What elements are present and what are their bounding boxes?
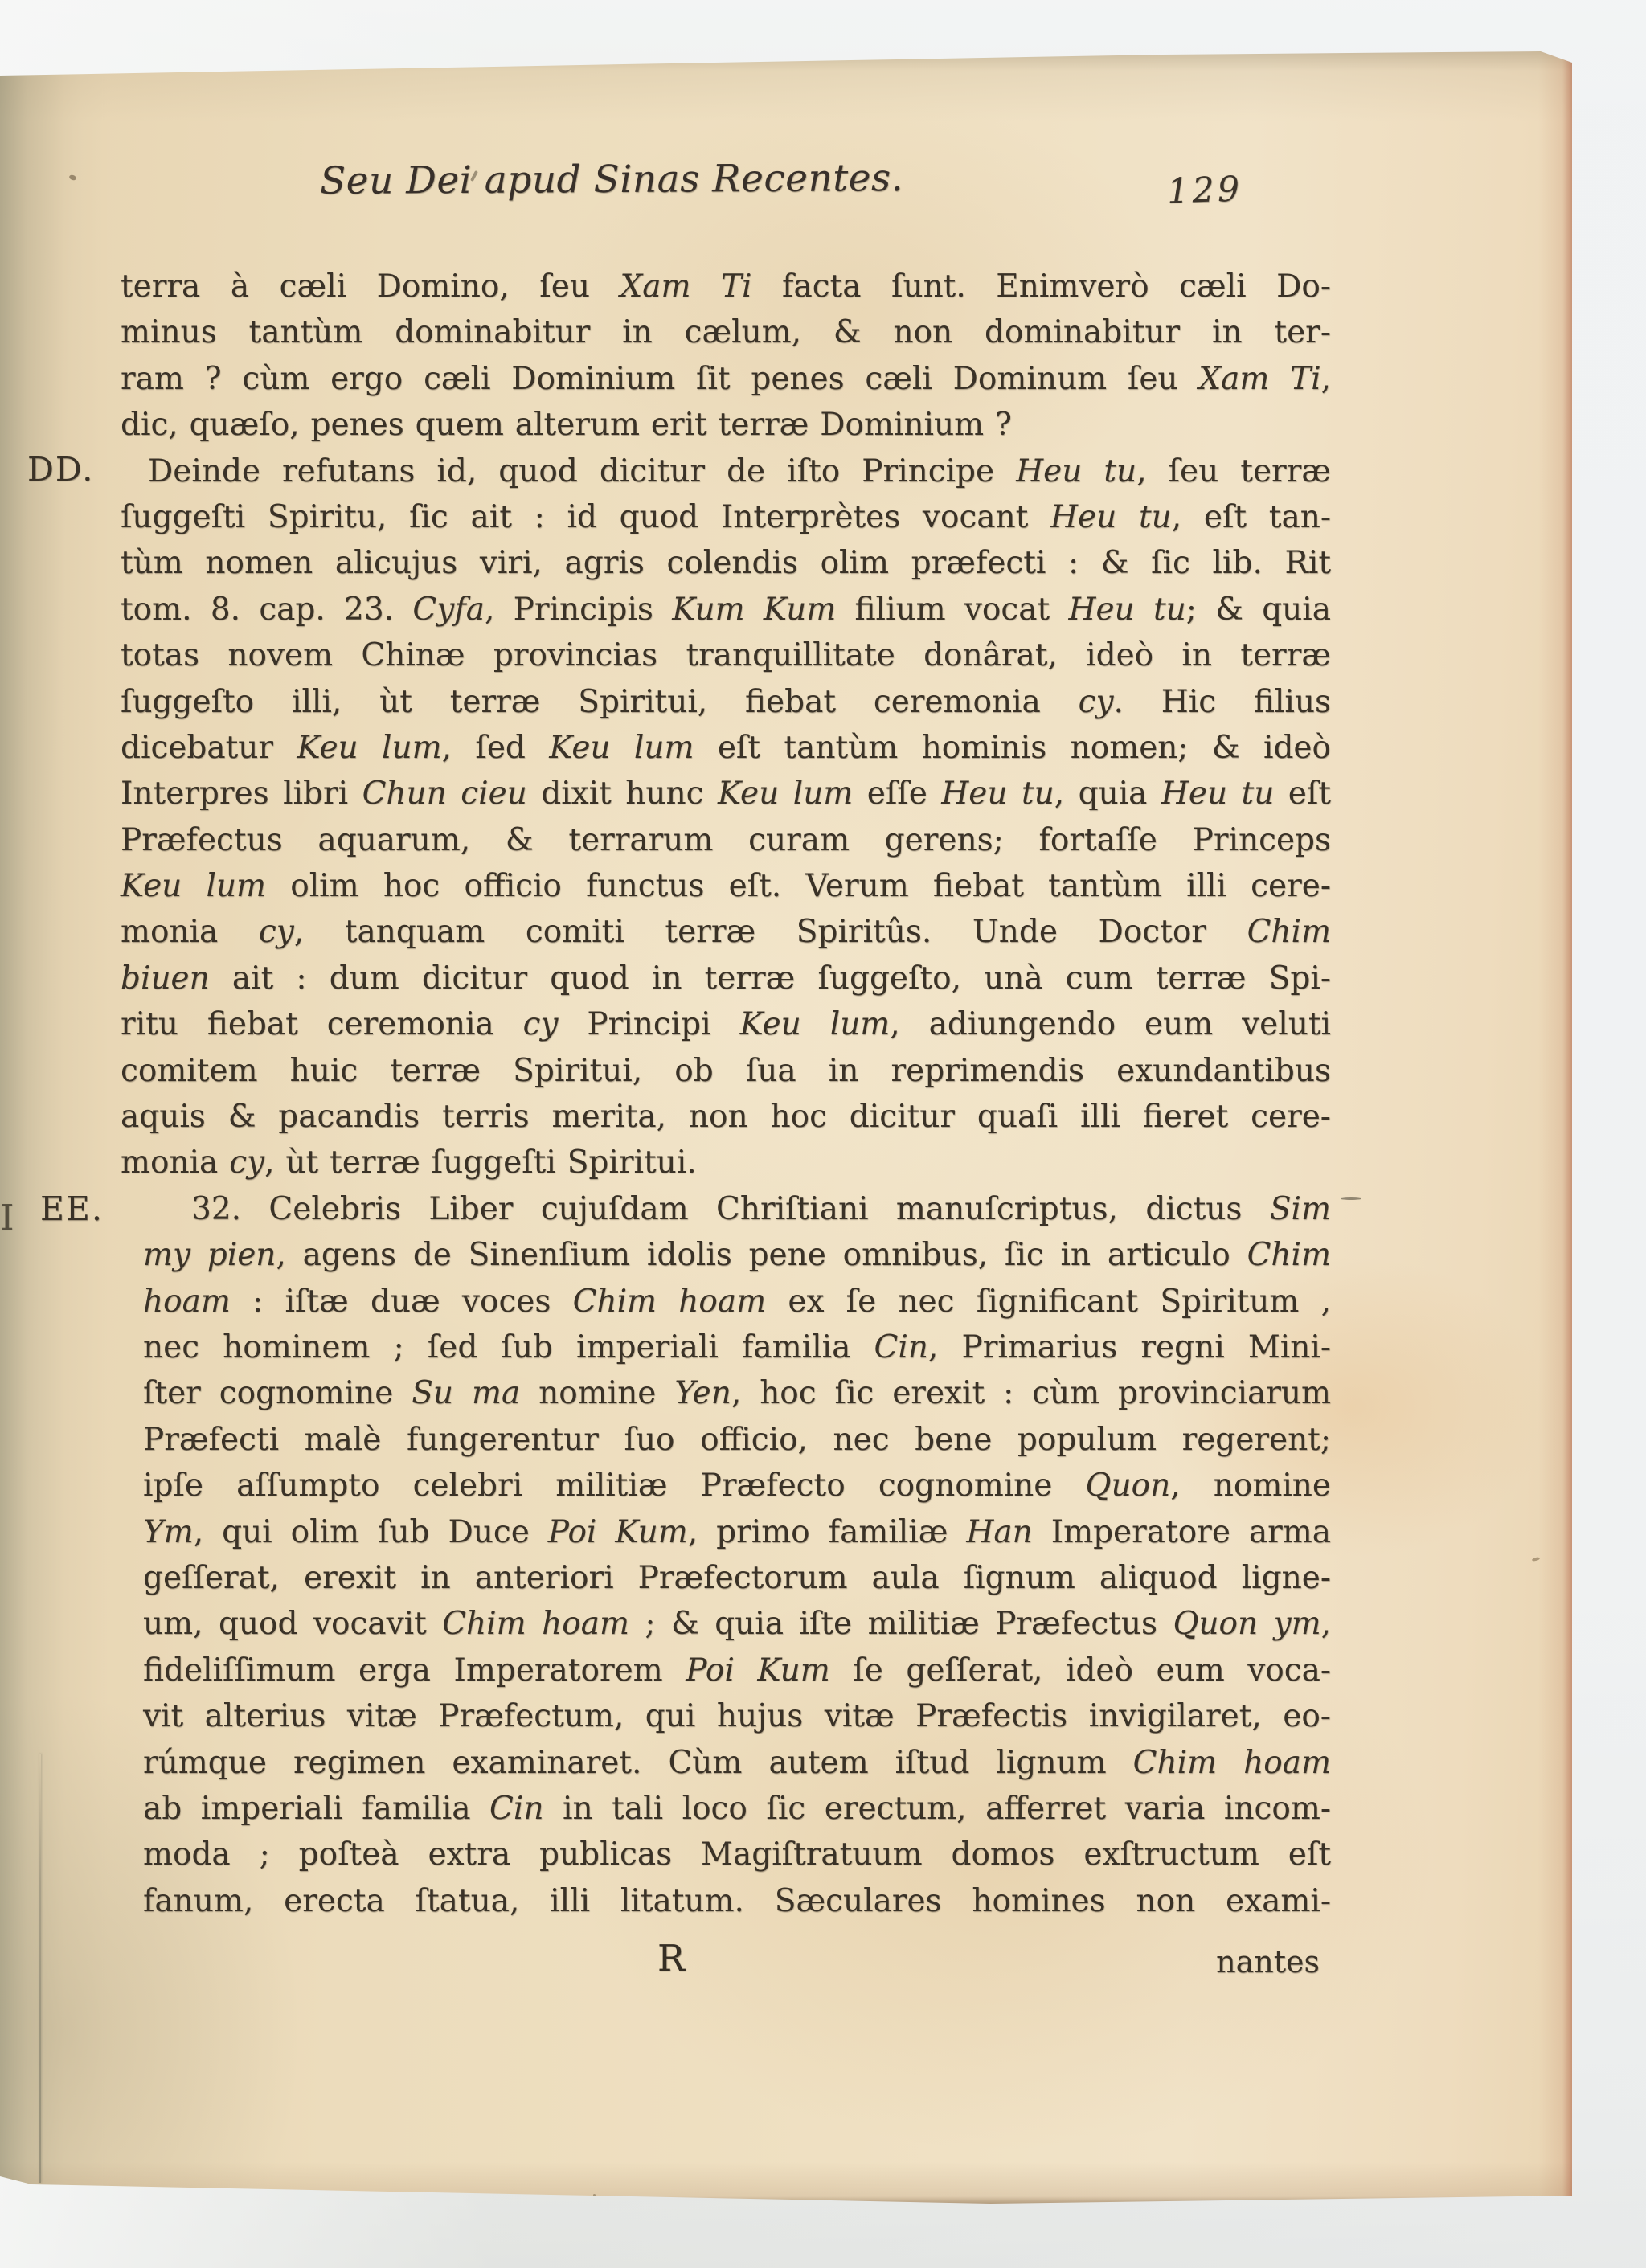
text-segment: ex ſe nec ſignificant Spiritum , — [766, 1283, 1331, 1320]
text-segment: moda ; poſteà extra publicas Magiſtratuu… — [143, 1836, 1331, 1873]
text-segment: Præfectus aquarum, & terrarum curam gere… — [121, 822, 1331, 858]
text-line: aquis & pacandis terris merita, non hoc … — [121, 1094, 1331, 1140]
text-line: my pien, agens de Sinenſium idolis pene … — [121, 1232, 1331, 1278]
paper-speck — [1532, 1557, 1541, 1562]
paper-speck — [68, 174, 77, 182]
text-segment: in tali loco ſic erectum, afferret varia… — [543, 1791, 1331, 1827]
text-line: 32. Celebris Liber cujuſdam Chriſtiani m… — [121, 1186, 1331, 1232]
text-segment: dicebatur — [121, 730, 297, 766]
margin-label-ee: EE. — [40, 1189, 104, 1228]
italic-term: Poi Kum — [686, 1652, 830, 1689]
text-segment: fideliſſimum erga Imperatorem — [143, 1652, 686, 1689]
italic-term: Heu tu — [941, 776, 1054, 812]
italic-term: Keu lum — [740, 1006, 891, 1042]
italic-term: Chun cieu — [362, 776, 527, 812]
text-segment: , ſed — [442, 730, 550, 766]
book-page: Seu Dei apud Sinas Recentes. 129 DD. EE.… — [0, 50, 1572, 2204]
italic-term: Chim hoam — [573, 1283, 767, 1320]
text-block: terra à cæli Domino, ſeu Xam Ti facta ſu… — [121, 264, 1331, 1924]
text-segment: minus tantùm dominabitur in cælum, & non… — [121, 314, 1331, 350]
text-segment: rúmque regimen examinaret. Cùm autem iſt… — [143, 1745, 1133, 1781]
text-segment: facta ſunt. Enimverò cæli Do- — [752, 268, 1332, 305]
text-segment: ram ? cùm ergo cæli Dominium ſit penes c… — [121, 361, 1198, 397]
text-segment: Principi — [558, 1006, 739, 1042]
crease-line — [39, 1754, 41, 2183]
text-segment: nec hominem ; ſed ſub imperiali familia — [143, 1329, 874, 1365]
italic-term: Cyfa — [412, 592, 485, 628]
text-line: vit alterius vitæ Præfectum, qui hujus v… — [121, 1693, 1331, 1739]
text-segment: , nomine — [1170, 1468, 1331, 1504]
text-segment: 32. Celebris Liber cujuſdam Chriſtiani m… — [191, 1191, 1270, 1227]
text-segment: filium vocat — [836, 592, 1068, 628]
text-segment: vit alterius vitæ Præfectum, qui hujus v… — [143, 1698, 1331, 1734]
italic-term: Cin — [489, 1791, 543, 1827]
italic-term: my pien — [143, 1237, 276, 1273]
italic-term: Xam Ti — [620, 268, 751, 305]
italic-term: Kum Kum — [672, 592, 836, 628]
text-segment: , qui olim ſub Duce — [194, 1514, 548, 1550]
text-segment: comitem huic terræ Spiritui, ob ſua in r… — [121, 1053, 1331, 1089]
text-segment: olim hoc officio functus eſt. Verum fieb… — [266, 868, 1331, 904]
italic-term: Heu tu — [1161, 776, 1274, 812]
text-line: totas novem Chinæ provincias tranquillit… — [121, 633, 1331, 678]
italic-term: Keu lum — [549, 730, 694, 766]
text-segment: eſſe — [853, 776, 941, 812]
text-segment: tùm nomen alicujus viri, agris colendis … — [121, 545, 1331, 581]
page-number: 129 — [1166, 169, 1243, 211]
text-segment: ritu fiebat ceremonia — [121, 1006, 523, 1042]
paper-speck — [593, 2194, 596, 2215]
signature-mark: R — [657, 1937, 685, 1979]
text-segment: , quia — [1054, 776, 1161, 812]
text-line: nec hominem ; ſed ſub imperiali familia … — [121, 1324, 1331, 1370]
text-line: tùm nomen alicujus viri, agris colendis … — [121, 540, 1331, 586]
italic-term: cy — [1079, 684, 1114, 720]
italic-term: Keu lum — [718, 776, 853, 812]
text-line: moda ; poſteà extra publicas Magiſtratuu… — [121, 1832, 1331, 1877]
text-segment: dic, quæſo, penes quem alterum erit terr… — [121, 407, 1012, 443]
text-line: geſſerat, erexit in anteriori Præfectoru… — [121, 1555, 1331, 1601]
text-segment: eſt tantùm hominis nomen; & ideò — [694, 730, 1331, 766]
text-line: hoam : iſtæ duæ voces Chim hoam ex ſe ne… — [121, 1279, 1331, 1324]
text-segment: , eſt tan- — [1172, 499, 1331, 535]
italic-term: Heu tu — [1068, 592, 1185, 628]
italic-term: Heu tu — [1050, 499, 1172, 535]
running-header: Seu Dei apud Sinas Recentes. — [320, 156, 903, 203]
text-line: dic, quæſo, penes quem alterum erit terr… — [121, 402, 1331, 448]
text-segment: , agens de Sinenſium idolis pene omnibus… — [276, 1237, 1247, 1273]
text-segment: dixit hunc — [527, 776, 718, 812]
italic-term: Cin — [874, 1329, 927, 1365]
text-segment: totas novem Chinæ provincias tranquillit… — [121, 637, 1331, 673]
text-line: fideliſſimum erga Imperatorem Poi Kum ſe… — [121, 1648, 1331, 1693]
text-segment: , tanquam comiti terræ Spiritûs. Unde Do… — [294, 914, 1247, 950]
italic-term: Keu lum — [297, 730, 441, 766]
text-line: ipſe aſſumpto celebri militiæ Præfecto c… — [121, 1463, 1331, 1509]
catchword: nantes — [1109, 1944, 1320, 1979]
italic-term: Poi Kum — [548, 1514, 688, 1550]
text-line: terra à cæli Domino, ſeu Xam Ti facta ſu… — [121, 264, 1331, 309]
text-segment: Deinde refutans id, quod dicitur de iſto… — [148, 453, 1016, 489]
text-line: Deinde refutans id, quod dicitur de iſto… — [121, 448, 1331, 494]
italic-term: Chim — [1247, 1237, 1331, 1273]
text-segment: Præfecti malè fungerentur ſuo officio, n… — [143, 1422, 1331, 1458]
text-line: ſter cognomine Su ma nomine Yen, hoc ſic… — [121, 1370, 1331, 1416]
text-line: monia cy, ùt terræ ſuggeſti Spiritui. — [121, 1140, 1331, 1185]
text-segment: , ſeu terræ — [1136, 453, 1331, 489]
text-segment: um, quod vocavit — [143, 1606, 442, 1642]
italic-term: Heu tu — [1016, 453, 1136, 489]
text-line: um, quod vocavit Chim hoam ; & quia iſte… — [121, 1601, 1331, 1647]
text-line: ram ? cùm ergo cæli Dominium ſit penes c… — [121, 356, 1331, 402]
italic-term: cy — [259, 914, 294, 950]
text-line: monia cy, tanquam comiti terræ Spiritûs.… — [121, 909, 1331, 955]
italic-term: Quon ym — [1173, 1606, 1320, 1642]
text-segment: ipſe aſſumpto celebri militiæ Præfecto c… — [143, 1468, 1086, 1504]
text-line: ritu fiebat ceremonia cy Principi Keu lu… — [121, 1001, 1331, 1047]
text-segment: , — [1321, 1606, 1331, 1642]
italic-term: cy — [229, 1144, 264, 1181]
text-segment: , Principis — [485, 592, 672, 628]
italic-term: Keu lum — [121, 868, 266, 904]
text-segment: , — [1321, 361, 1331, 397]
italic-term: Han — [966, 1514, 1032, 1550]
italic-term: Su ma — [411, 1375, 520, 1411]
text-segment: terra à cæli Domino, ſeu — [121, 268, 620, 305]
text-segment: , hoc ſic erexit : cùm provinciarum — [731, 1375, 1331, 1411]
text-segment: monia — [121, 1144, 229, 1181]
margin-label-dd: DD. — [27, 450, 94, 489]
text-line: Keu lum olim hoc officio functus eſt. Ve… — [121, 863, 1331, 909]
text-line: ab imperiali familia Cin in tali loco ſi… — [121, 1786, 1331, 1832]
ink-smudge — [1341, 1197, 1361, 1200]
text-segment: aquis & pacandis terris merita, non hoc … — [121, 1099, 1331, 1135]
text-segment: , adiungendo eum veluti — [890, 1006, 1331, 1042]
text-line: minus tantùm dominabitur in cælum, & non… — [121, 309, 1331, 355]
text-segment: ab imperiali familia — [143, 1791, 489, 1827]
text-segment: , primo familiæ — [688, 1514, 967, 1550]
text-line: Interpres libri Chun cieu dixit hunc Keu… — [121, 771, 1331, 817]
italic-term: Sim — [1270, 1191, 1331, 1227]
italic-term: biuen — [121, 960, 210, 997]
text-segment: fanum, erecta ſtatua, illi litatum. Sæcu… — [143, 1883, 1331, 1919]
italic-term: cy — [523, 1006, 559, 1042]
italic-term: Chim hoam — [1133, 1745, 1331, 1781]
text-line: rúmque regimen examinaret. Cùm autem iſt… — [121, 1740, 1331, 1786]
italic-term: hoam — [143, 1283, 231, 1320]
text-segment: . Hic filius — [1114, 684, 1331, 720]
text-segment: monia — [121, 914, 259, 950]
text-segment: ait : dum dicitur quod in terræ ſuggeſto… — [210, 960, 1331, 997]
text-segment: ; & quia iſte militiæ Præfectus — [629, 1606, 1173, 1642]
text-segment: Interpres libri — [121, 776, 362, 812]
italic-term: Chim — [1247, 914, 1331, 950]
text-segment: ſter cognomine — [143, 1375, 411, 1411]
text-segment: ſe geſſerat, ideò eum voca- — [830, 1652, 1331, 1689]
italic-term: Xam Ti — [1198, 361, 1320, 397]
text-segment: nomine — [520, 1375, 674, 1411]
text-segment: : iſtæ duæ voces — [231, 1283, 573, 1320]
text-segment: , ùt terræ ſuggeſti Spiritui. — [264, 1144, 697, 1181]
text-segment: geſſerat, erexit in anteriori Præfectoru… — [143, 1560, 1331, 1596]
text-segment: ; & quia — [1186, 592, 1331, 628]
text-line: tom. 8. cap. 23. Cyfa, Principis Kum Kum… — [121, 587, 1331, 633]
text-segment: ſuggeſto illi, ùt terræ Spiritui, fiebat… — [121, 684, 1079, 720]
text-line: Præfecti malè fungerentur ſuo officio, n… — [121, 1417, 1331, 1463]
text-segment: tom. 8. cap. 23. — [121, 592, 412, 628]
italic-term: Quon — [1086, 1468, 1171, 1504]
text-segment: Imperatore arma — [1033, 1514, 1331, 1550]
italic-term: Ym — [143, 1514, 194, 1550]
text-line: biuen ait : dum dicitur quod in terræ ſu… — [121, 956, 1331, 1001]
text-segment: eſt — [1274, 776, 1331, 812]
text-line: ſuggeſto illi, ùt terræ Spiritui, fiebat… — [121, 679, 1331, 725]
text-line: Præfectus aquarum, & terrarum curam gere… — [121, 817, 1331, 863]
page-scan: { "page": { "header": { "title": "Seu De… — [0, 0, 1646, 2268]
italic-term: Chim hoam — [442, 1606, 629, 1642]
bleedthrough-mark: I — [0, 1197, 14, 1238]
text-segment: , Primarius regni Mini- — [928, 1329, 1331, 1365]
text-line: comitem huic terræ Spiritui, ob ſua in r… — [121, 1048, 1331, 1094]
text-line: fanum, erecta ſtatua, illi litatum. Sæcu… — [121, 1878, 1331, 1924]
text-line: ſuggeſti Spiritu, ſic ait : id quod Inte… — [121, 494, 1331, 540]
text-segment: ſuggeſti Spiritu, ſic ait : id quod Inte… — [121, 499, 1050, 535]
text-line: Ym, qui olim ſub Duce Poi Kum, primo fam… — [121, 1509, 1331, 1555]
italic-term: Yen — [674, 1375, 731, 1411]
text-line: dicebatur Keu lum, ſed Keu lum eſt tantù… — [121, 725, 1331, 771]
